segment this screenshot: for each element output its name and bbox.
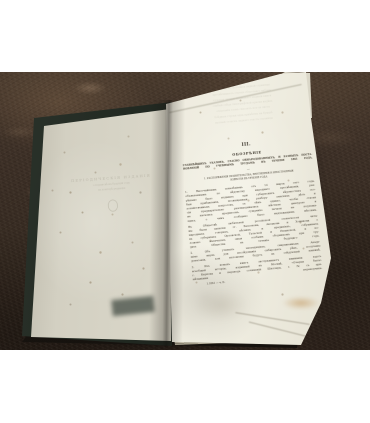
bottom-crease-line-2 [249,322,309,338]
stamp-mark [108,199,119,212]
right-page-text: надто виднѣе густопись задней страницыпр… [176,77,323,287]
gutter-fold-shadow [149,100,186,346]
book-photo: ПЕРІОДИЧЕСКІЯ ИЗДАНІЯ о подпискѣ на буду… [0,72,370,350]
screenshot-canvas: ПЕРІОДИЧЕСКІЯ ИЗДАНІЯ о подпискѣ на буду… [0,0,370,423]
damp-stain [185,284,257,326]
